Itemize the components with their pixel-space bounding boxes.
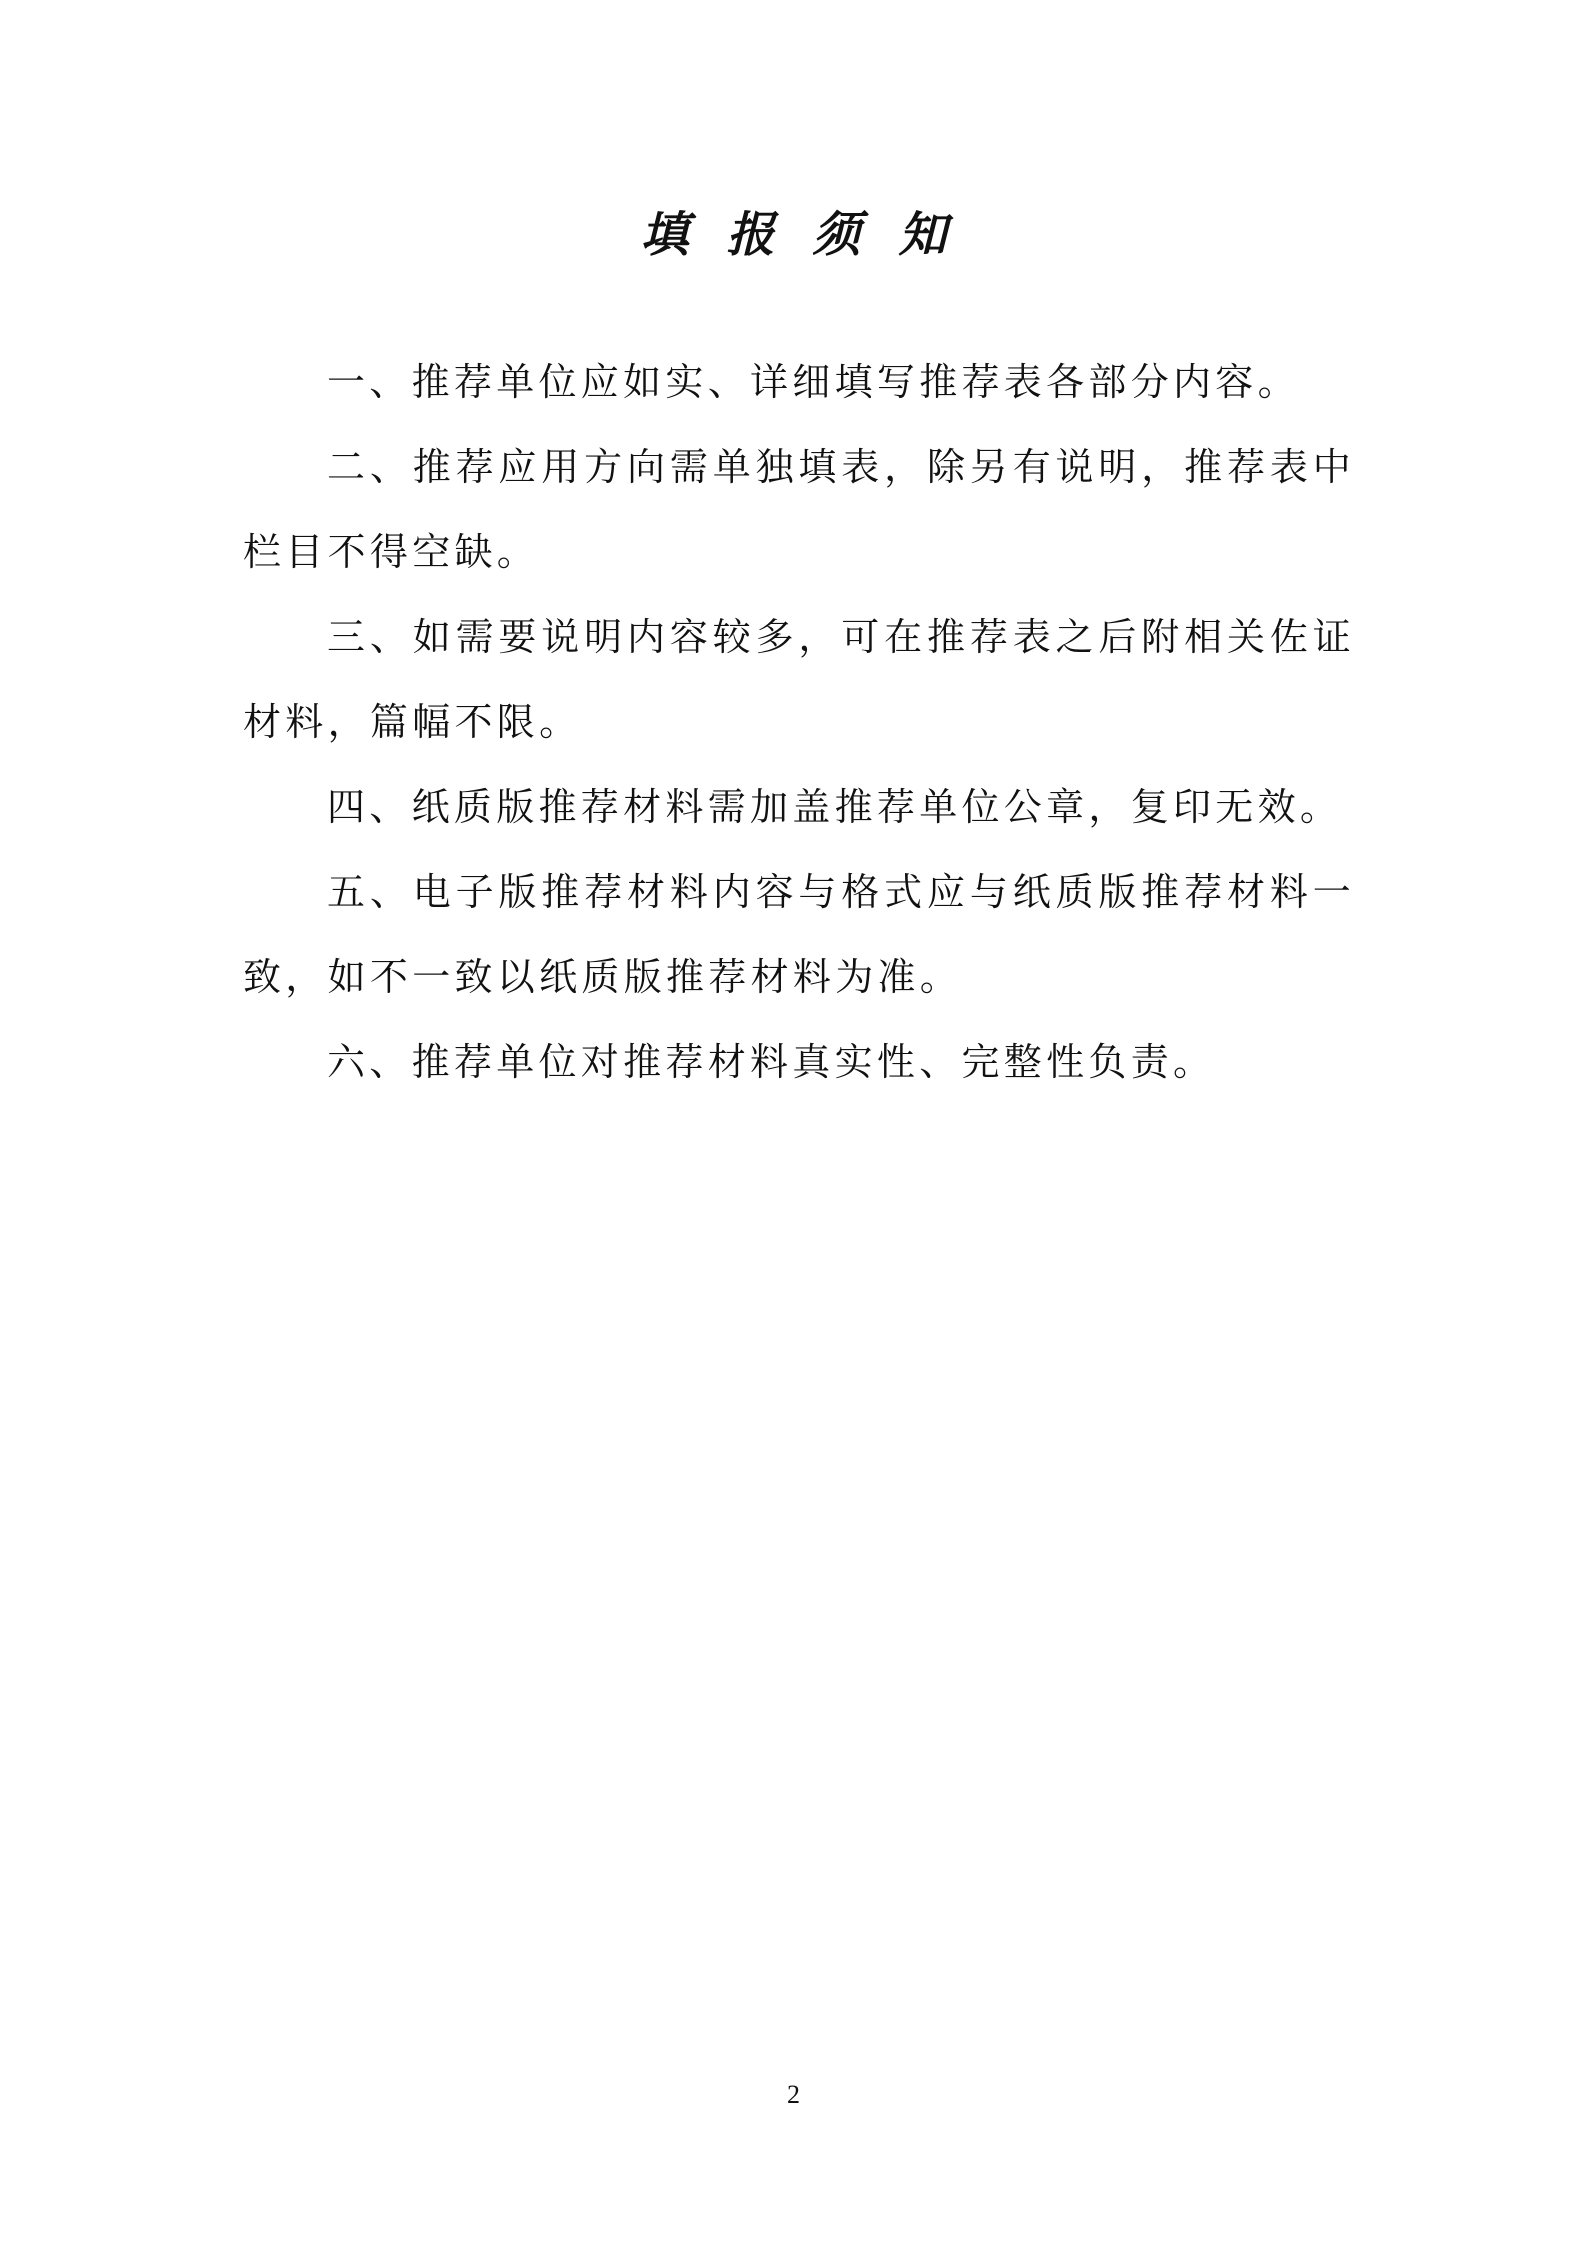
- instruction-item-5: 五、电子版推荐材料内容与格式应与纸质版推荐材料一致，如不一致以纸质版推荐材料为准…: [243, 850, 1355, 1020]
- document-page: 填报须知 一、推荐单位应如实、详细填写推荐表各部分内容。 二、推荐应用方向需单独…: [0, 0, 1587, 2245]
- instruction-item-1: 一、推荐单位应如实、详细填写推荐表各部分内容。: [243, 340, 1355, 425]
- instruction-item-3: 三、如需要说明内容较多，可在推荐表之后附相关佐证材料，篇幅不限。: [243, 595, 1355, 765]
- page-number: 2: [0, 2080, 1587, 2110]
- instruction-item-4: 四、纸质版推荐材料需加盖推荐单位公章，复印无效。: [243, 765, 1355, 850]
- instructions-body: 一、推荐单位应如实、详细填写推荐表各部分内容。 二、推荐应用方向需单独填表，除另…: [243, 340, 1355, 1105]
- instruction-item-6: 六、推荐单位对推荐材料真实性、完整性负责。: [243, 1020, 1355, 1105]
- instruction-item-2: 二、推荐应用方向需单独填表，除另有说明，推荐表中栏目不得空缺。: [243, 425, 1355, 595]
- page-title: 填报须知: [0, 200, 1587, 270]
